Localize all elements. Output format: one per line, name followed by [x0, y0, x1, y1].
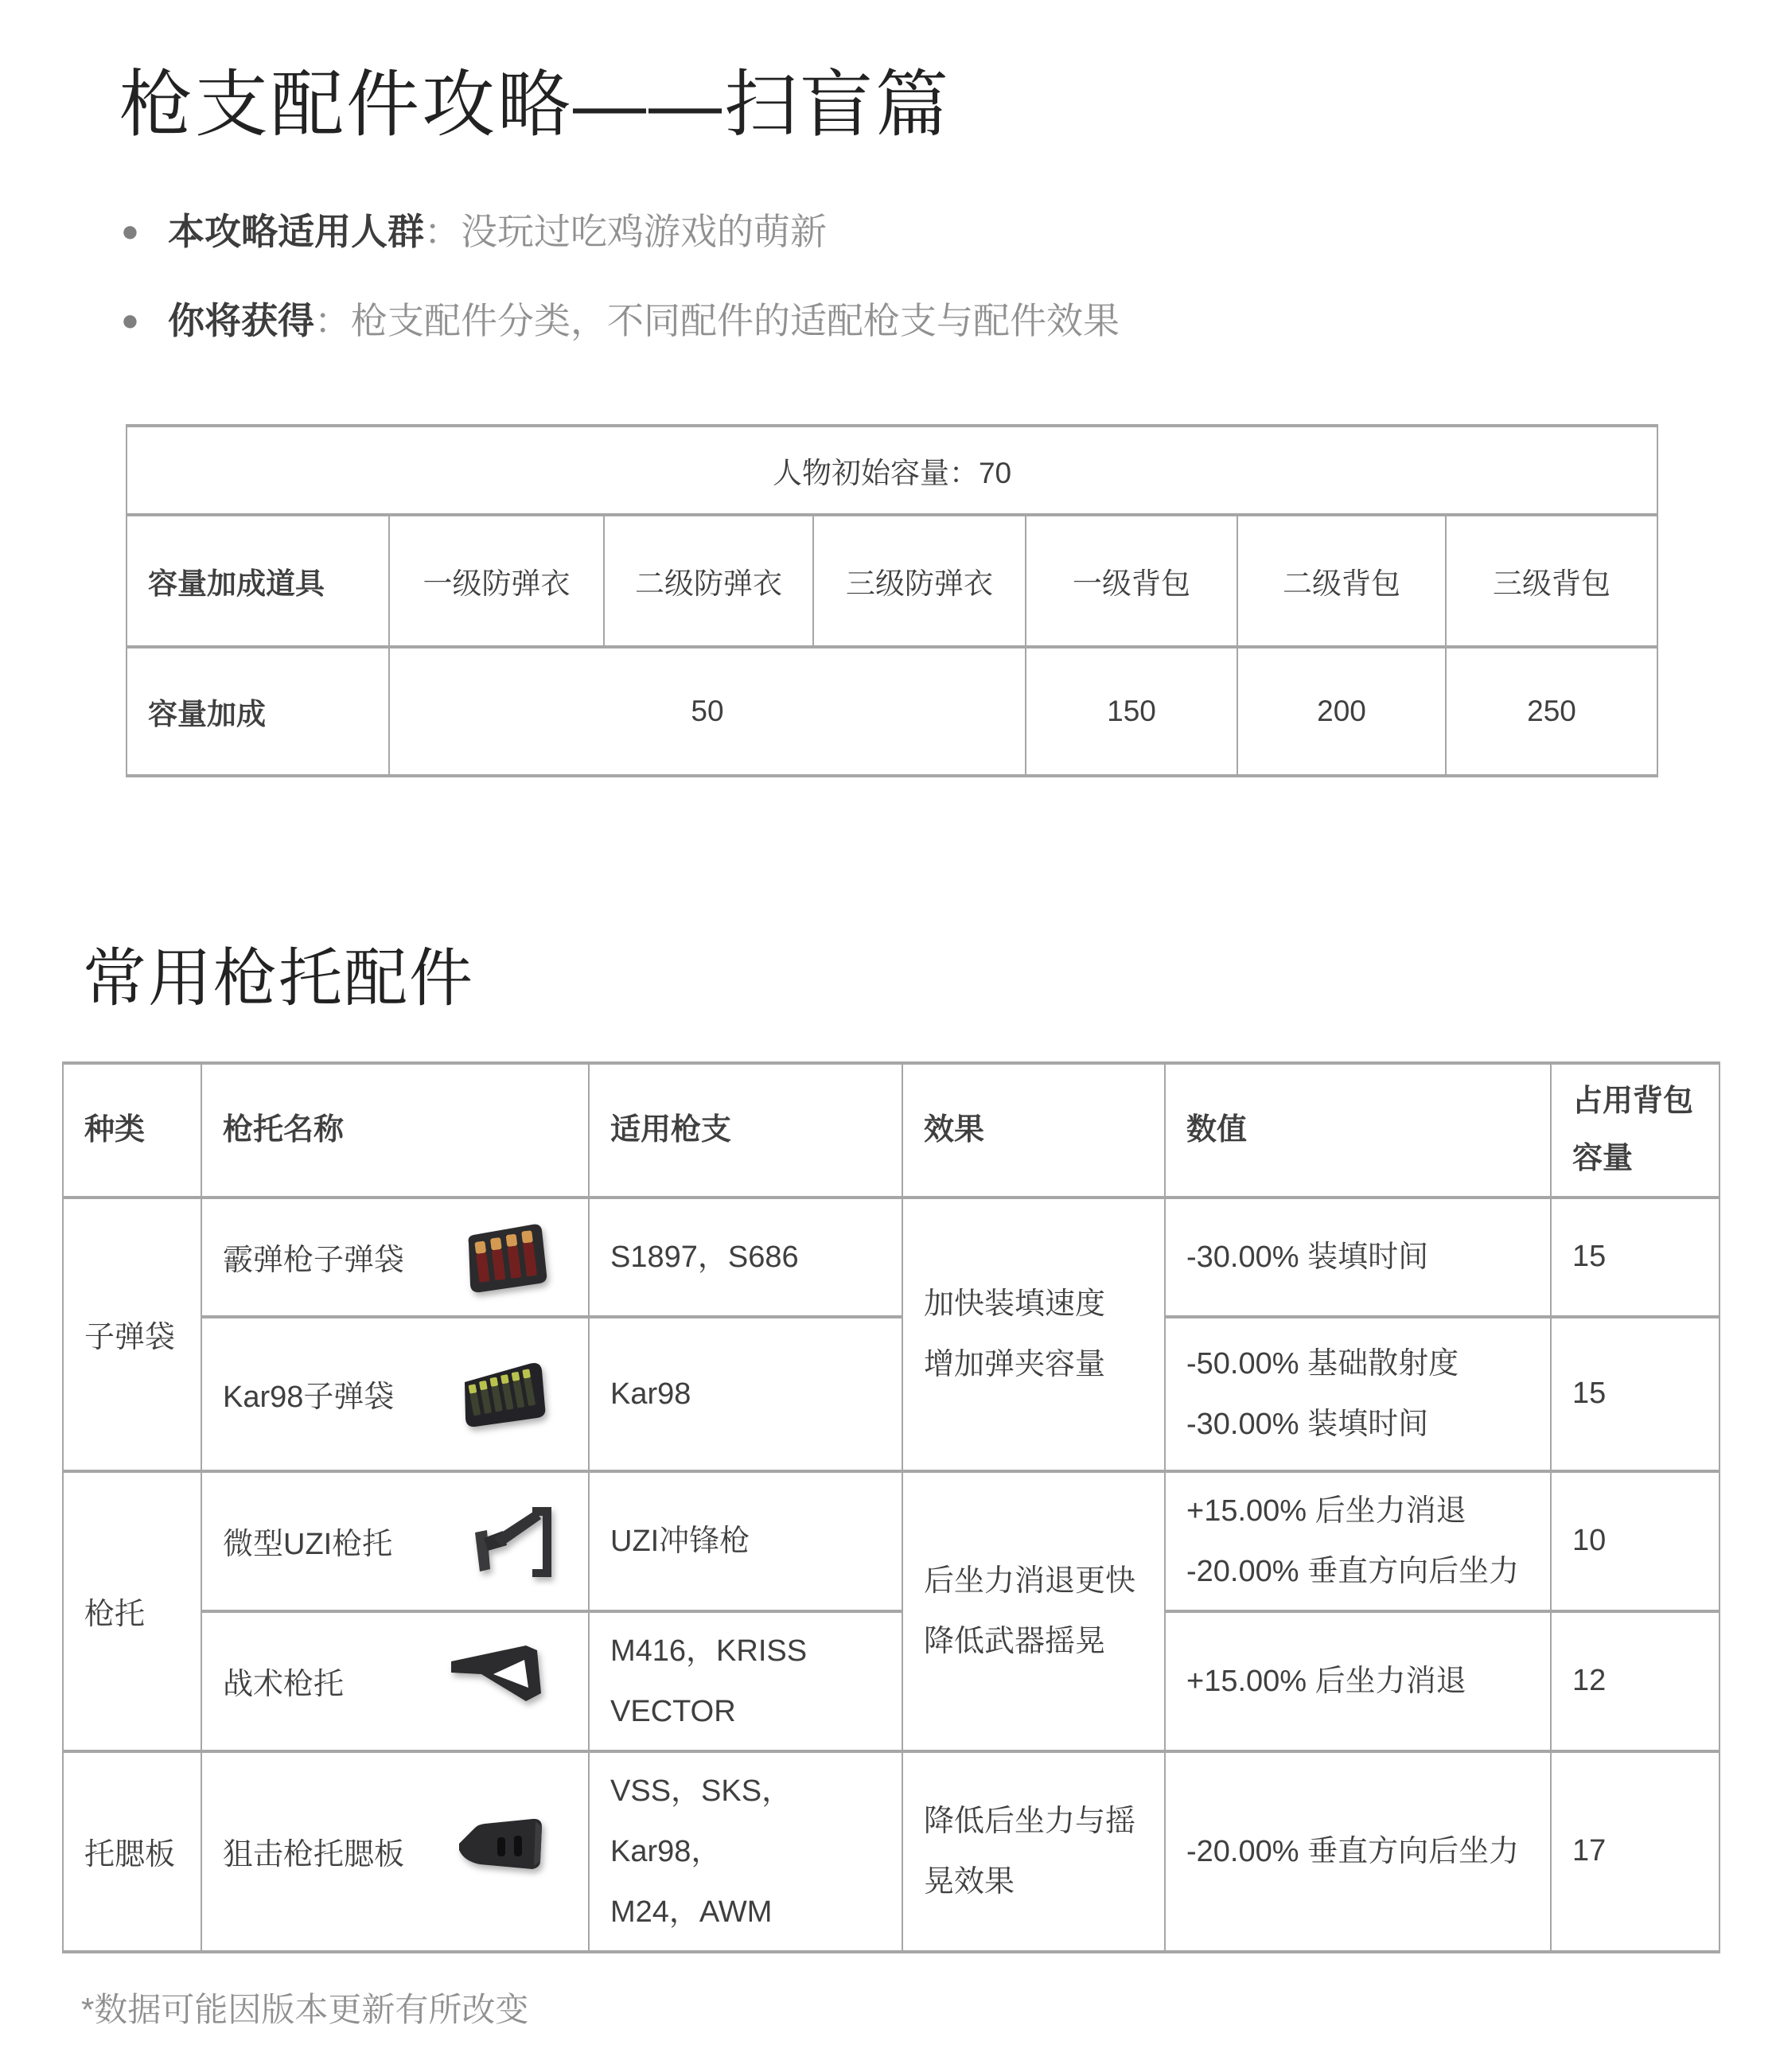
col-header-name: 枪托名称: [201, 1063, 589, 1197]
cell-type: 托腮板: [63, 1751, 201, 1952]
cell-capacity: 10: [1551, 1471, 1720, 1611]
capacity-item: 三级背包: [1446, 515, 1657, 647]
table-row: 托腮板 狙击枪托腮板 VSS，SKS，Kar98， M24，AWM 降低后坐力与…: [63, 1751, 1720, 1952]
col-header-type: 种类: [63, 1063, 201, 1197]
cell-capacity: 12: [1551, 1611, 1720, 1751]
accessory-name: 狙击枪托腮板: [223, 1829, 404, 1873]
bullet-audience: ● 本攻略适用人群：没玩过吃鸡游戏的萌新: [121, 205, 1776, 259]
cell-type: 枪托: [63, 1471, 201, 1751]
cell-values: -50.00% 基础散射度 -30.00% 装填时间: [1165, 1317, 1551, 1471]
capacity-item: 三级防弹衣: [813, 515, 1026, 647]
cell-type: 子弹袋: [63, 1198, 201, 1471]
bullet-benefit-text: 你将获得：枪支配件分类，不同配件的适配枪支与配件效果: [168, 294, 1120, 348]
bullet-benefit: ● 你将获得：枪支配件分类，不同配件的适配枪支与配件效果: [121, 294, 1776, 348]
bullet-label: 你将获得: [168, 300, 314, 341]
accessory-name: Kar98子弹袋: [223, 1372, 394, 1416]
bullet-label: 本攻略适用人群: [168, 211, 424, 252]
page-title: 枪支配件攻略——扫盲篇: [119, 64, 1776, 148]
table-row: 子弹袋 霰弹枪子弹袋 S1897，S686 加快装填速度 增加弹夹容量 -30.…: [63, 1198, 1720, 1317]
cell-name: 微型UZI枪托: [201, 1471, 589, 1611]
intro-bullets: ● 本攻略适用人群：没玩过吃鸡游戏的萌新 ● 你将获得：枪支配件分类，不同配件的…: [121, 205, 1776, 348]
cell-guns: M416，KRISS VECTOR: [589, 1611, 902, 1751]
kar98-ammo-pouch-icon: [461, 1358, 553, 1430]
col-header-effect: 效果: [902, 1063, 1165, 1197]
footnote: *数据可能因版本更新有所改变: [81, 1984, 1776, 2031]
cell-name: 狙击枪托腮板: [201, 1751, 589, 1952]
section-heading: 常用枪托配件: [83, 927, 1776, 1018]
cell-values: -20.00% 垂直方向后坐力: [1165, 1751, 1551, 1952]
capacity-bonus-value: 200: [1237, 647, 1446, 776]
capacity-table-title: 人物初始容量：70: [127, 426, 1657, 515]
stock-accessory-table: 种类 枪托名称 适用枪支 效果 数值 占用背包容量 子弹袋 霰弹枪子弹袋: [62, 1061, 1720, 1953]
cell-guns: Kar98: [589, 1317, 902, 1471]
capacity-item: 一级背包: [1026, 515, 1237, 647]
capacity-item: 一级防弹衣: [389, 515, 604, 647]
cell-guns: UZI冲锋枪: [589, 1471, 902, 1611]
uzi-folding-stock-icon: [465, 1501, 553, 1582]
capacity-table: 人物初始容量：70 容量加成道具 一级防弹衣 二级防弹衣 三级防弹衣 一级背包 …: [126, 424, 1658, 777]
tactical-stock-icon: [450, 1644, 553, 1719]
cell-capacity: 15: [1551, 1198, 1720, 1317]
capacity-item: 二级防弹衣: [604, 515, 813, 647]
capacity-item: 二级背包: [1237, 515, 1446, 647]
capacity-item-header: 容量加成道具: [127, 515, 389, 647]
cell-values: -30.00% 装填时间: [1165, 1198, 1551, 1317]
bullet-value: ：枪支配件分类，不同配件的适配枪支与配件效果: [314, 300, 1120, 341]
sniper-cheek-pad-icon: [454, 1815, 553, 1888]
col-header-value: 数值: [1165, 1063, 1551, 1197]
col-header-guns: 适用枪支: [589, 1063, 902, 1197]
bullet-audience-text: 本攻略适用人群：没玩过吃鸡游戏的萌新: [168, 205, 827, 259]
cell-guns: S1897，S686: [589, 1198, 902, 1317]
cell-name: 霰弹枪子弹袋: [201, 1198, 589, 1317]
cell-effect: 加快装填速度 增加弹夹容量: [902, 1198, 1165, 1471]
capacity-bonus-value: 150: [1026, 647, 1237, 776]
table-row: 枪托 微型UZI枪托 UZI冲锋枪 后坐力消退更快 降低武器摇晃 +15.00%…: [63, 1471, 1720, 1611]
cell-capacity: 15: [1551, 1317, 1720, 1471]
accessory-name: 微型UZI枪托: [223, 1519, 392, 1563]
capacity-bonus-header: 容量加成: [127, 647, 389, 776]
cell-values: +15.00% 后坐力消退 -20.00% 垂直方向后坐力: [1165, 1471, 1551, 1611]
table-row: 战术枪托 M416，KRISS VECTOR +15.00% 后坐力消退 12: [63, 1611, 1720, 1751]
cell-values: +15.00% 后坐力消退: [1165, 1611, 1551, 1751]
capacity-bonus-value: 250: [1446, 647, 1657, 776]
bullet-dot-icon: ●: [121, 210, 139, 254]
bullet-dot-icon: ●: [121, 299, 139, 343]
cell-guns: VSS，SKS，Kar98， M24，AWM: [589, 1751, 902, 1952]
cell-name: Kar98子弹袋: [201, 1317, 589, 1471]
cell-name: 战术枪托: [201, 1611, 589, 1751]
bullet-value: ：没玩过吃鸡游戏的萌新: [424, 211, 827, 252]
accessory-name: 战术枪托: [223, 1659, 344, 1703]
cell-effect: 后坐力消退更快 降低武器摇晃: [902, 1471, 1165, 1751]
capacity-bonus-vest: 50: [389, 647, 1026, 776]
col-header-capacity: 占用背包容量: [1551, 1063, 1720, 1197]
accessory-name: 霰弹枪子弹袋: [223, 1235, 404, 1279]
cell-capacity: 17: [1551, 1751, 1720, 1952]
cell-effect: 降低后坐力与摇 晃效果: [902, 1751, 1165, 1952]
shotgun-shell-pouch-icon: [464, 1221, 553, 1294]
table-row: Kar98子弹袋 Kar98 -50.00% 基础散射度 -30.00% 装填时…: [63, 1317, 1720, 1471]
